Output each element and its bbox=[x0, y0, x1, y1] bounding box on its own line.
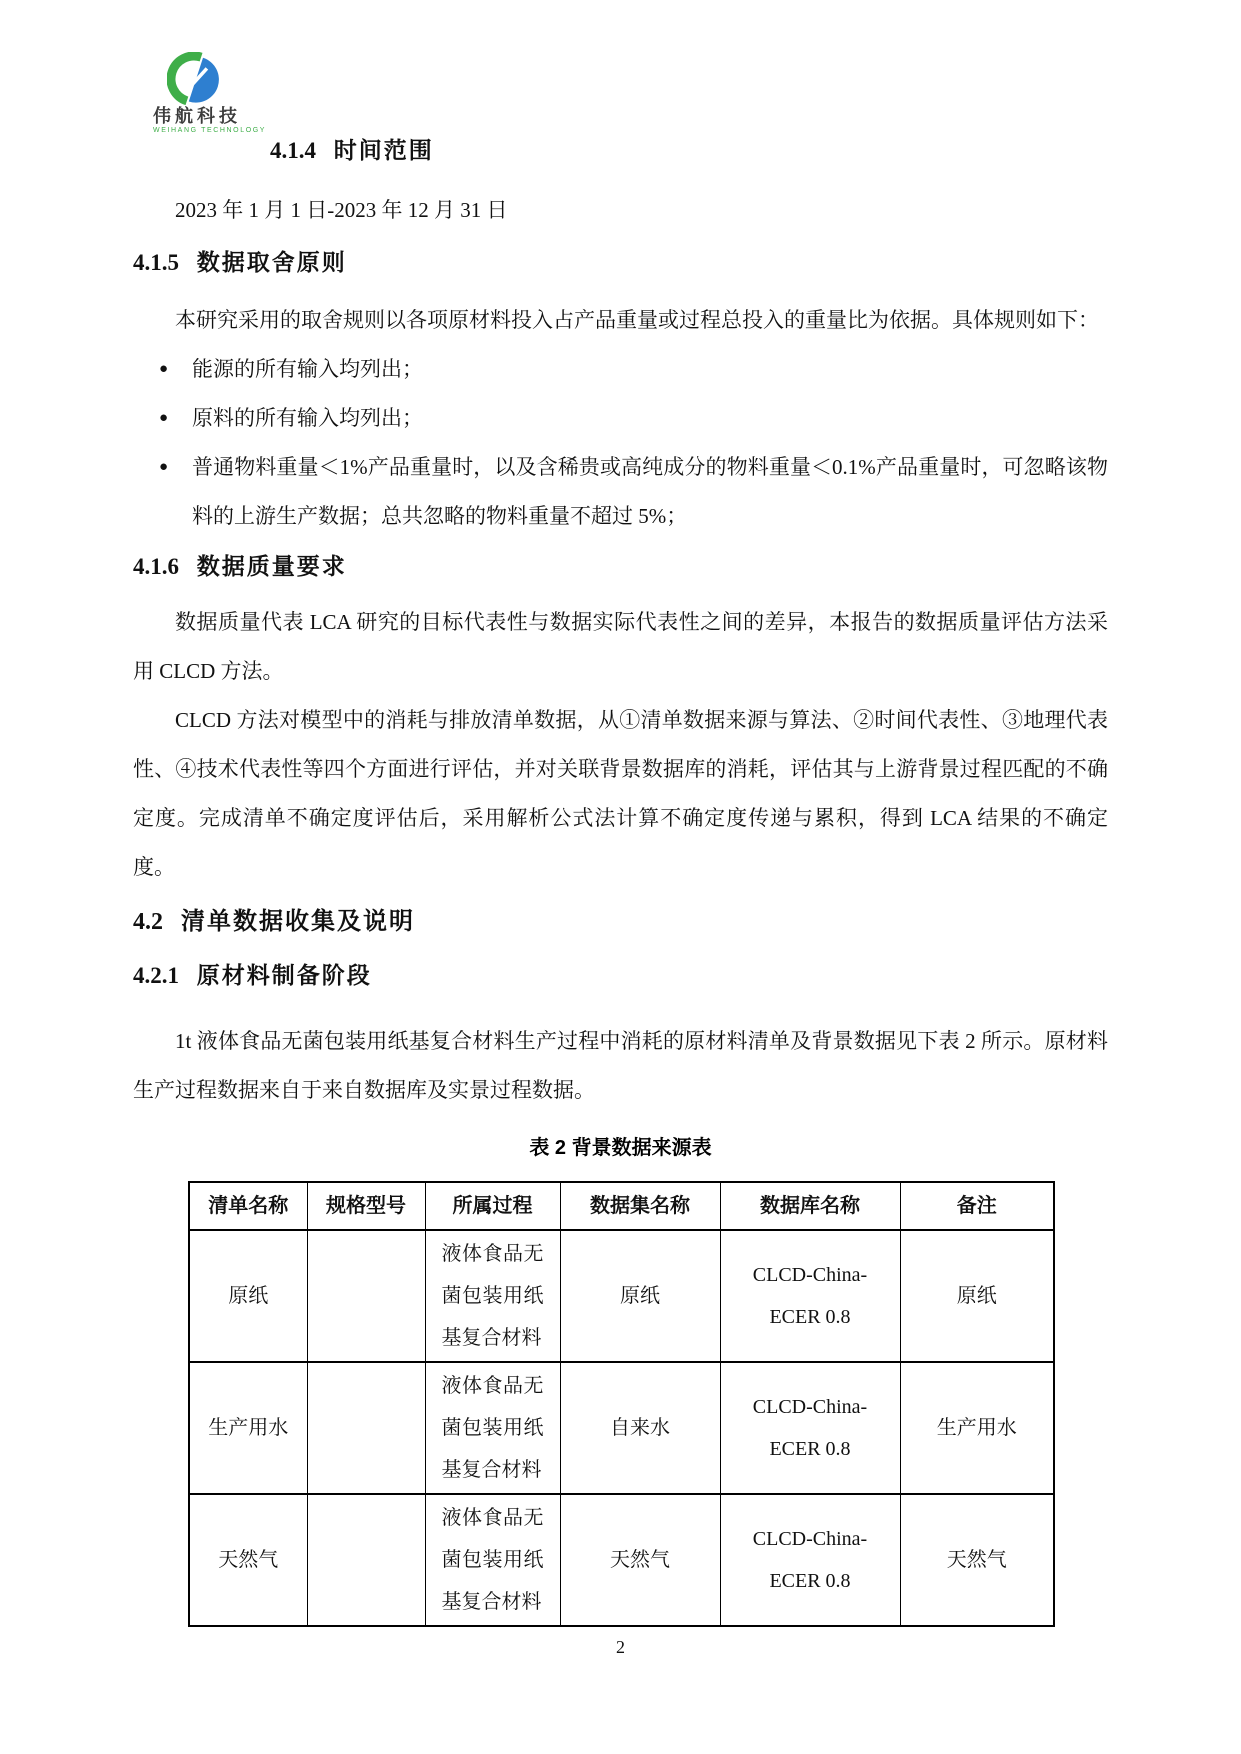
cell-spec-model bbox=[307, 1494, 425, 1626]
cell-dataset-name: 天然气 bbox=[560, 1494, 720, 1626]
cell-dataset-name: 自来水 bbox=[560, 1362, 720, 1494]
column-header: 规格型号 bbox=[307, 1182, 425, 1230]
list-item-text: 能源的所有输入均列出； bbox=[192, 357, 423, 381]
section-title: 清单数据收集及说明 bbox=[181, 908, 415, 935]
section-number: 4.1.6 bbox=[133, 554, 179, 579]
cell-inventory-name: 天然气 bbox=[189, 1494, 307, 1626]
list-item: ● 能源的所有输入均列出； bbox=[133, 345, 1108, 394]
paragraph-date-range: 2023 年 1 月 1 日-2023 年 12 月 31 日 bbox=[133, 186, 1108, 235]
table-caption: 表 2 背景数据来源表 bbox=[133, 1133, 1108, 1163]
column-header: 清单名称 bbox=[189, 1182, 307, 1230]
section-heading-4-1-5: 4.1.5 数据取舍原则 bbox=[133, 245, 1108, 280]
cell-remark: 天然气 bbox=[900, 1494, 1054, 1626]
list-item-text: 普通物料重量＜1%产品重量时，以及含稀贵或高纯成分的物料重量＜0.1%产品重量时… bbox=[192, 455, 1108, 528]
table-row: 原纸 液体食品无菌包装用纸基复合材料 原纸 CLCD-China-ECER 0.… bbox=[189, 1230, 1054, 1362]
company-logo-icon bbox=[167, 52, 221, 106]
cell-dataset-name: 原纸 bbox=[560, 1230, 720, 1362]
cell-spec-model bbox=[307, 1230, 425, 1362]
company-logo: 伟航科技 WEIHANG TECHNOLOGY bbox=[153, 52, 373, 135]
background-data-source-table: 清单名称 规格型号 所属过程 数据集名称 数据库名称 备注 原纸 液体食品无菌包… bbox=[188, 1181, 1055, 1627]
cell-spec-model bbox=[307, 1362, 425, 1494]
section-title: 时间范围 bbox=[334, 137, 434, 163]
cell-database-name: CLCD-China-ECER 0.8 bbox=[720, 1230, 900, 1362]
section-number: 4.1.5 bbox=[133, 250, 179, 275]
section-heading-4-2: 4.2 清单数据收集及说明 bbox=[133, 904, 1108, 940]
paragraph-data-quality-2: CLCD 方法对模型中的消耗与排放清单数据，从①清单数据来源与算法、②时间代表性… bbox=[133, 696, 1108, 892]
list-item: ● 原料的所有输入均列出； bbox=[133, 394, 1108, 443]
column-header: 所属过程 bbox=[425, 1182, 560, 1230]
cell-remark: 原纸 bbox=[900, 1230, 1054, 1362]
cell-process: 液体食品无菌包装用纸基复合材料 bbox=[425, 1362, 560, 1494]
section-heading-4-1-6: 4.1.6 数据质量要求 bbox=[133, 549, 1108, 584]
cell-database-name: CLCD-China-ECER 0.8 bbox=[720, 1494, 900, 1626]
paragraph-cutoff-rules: 本研究采用的取舍规则以各项原材料投入占产品重量或过程总投入的重量比为依据。具体规… bbox=[133, 296, 1108, 345]
cutoff-rule-list: ● 能源的所有输入均列出； ● 原料的所有输入均列出； ● 普通物料重量＜1%产… bbox=[133, 345, 1108, 541]
list-item-text: 原料的所有输入均列出； bbox=[192, 406, 423, 430]
section-number: 4.2.1 bbox=[133, 963, 179, 988]
section-title: 原材料制备阶段 bbox=[197, 962, 372, 988]
cell-inventory-name: 生产用水 bbox=[189, 1362, 307, 1494]
paragraph-data-quality-1: 数据质量代表 LCA 研究的目标代表性与数据实际代表性之间的差异，本报告的数据质… bbox=[133, 598, 1108, 696]
page-number: 2 bbox=[133, 1635, 1108, 1659]
section-heading-4-2-1: 4.2.1 原材料制备阶段 bbox=[133, 958, 1108, 993]
company-name: 伟航科技 bbox=[153, 106, 373, 126]
bullet-icon: ● bbox=[159, 394, 168, 443]
document-page: 伟航科技 WEIHANG TECHNOLOGY 4.1.4 时间范围 2023 … bbox=[0, 0, 1241, 1754]
list-item: ● 普通物料重量＜1%产品重量时，以及含稀贵或高纯成分的物料重量＜0.1%产品重… bbox=[133, 443, 1108, 541]
table-row: 生产用水 液体食品无菌包装用纸基复合材料 自来水 CLCD-China-ECER… bbox=[189, 1362, 1054, 1494]
cell-inventory-name: 原纸 bbox=[189, 1230, 307, 1362]
section-number: 4.1.4 bbox=[270, 138, 316, 163]
table-header-row: 清单名称 规格型号 所属过程 数据集名称 数据库名称 备注 bbox=[189, 1182, 1054, 1230]
cell-database-name: CLCD-China-ECER 0.8 bbox=[720, 1362, 900, 1494]
company-tagline: WEIHANG TECHNOLOGY bbox=[153, 126, 373, 135]
cell-process: 液体食品无菌包装用纸基复合材料 bbox=[425, 1230, 560, 1362]
bullet-icon: ● bbox=[159, 345, 168, 394]
table-row: 天然气 液体食品无菌包装用纸基复合材料 天然气 CLCD-China-ECER … bbox=[189, 1494, 1054, 1626]
section-title: 数据取舍原则 bbox=[197, 249, 347, 275]
section-number: 4.2 bbox=[133, 909, 163, 935]
column-header: 数据库名称 bbox=[720, 1182, 900, 1230]
section-title: 数据质量要求 bbox=[197, 553, 347, 579]
column-header: 备注 bbox=[900, 1182, 1054, 1230]
cell-process: 液体食品无菌包装用纸基复合材料 bbox=[425, 1494, 560, 1626]
section-heading-4-1-4: 4.1.4 时间范围 bbox=[270, 135, 1108, 166]
column-header: 数据集名称 bbox=[560, 1182, 720, 1230]
cell-remark: 生产用水 bbox=[900, 1362, 1054, 1494]
bullet-icon: ● bbox=[159, 443, 168, 492]
paragraph-raw-material: 1t 液体食品无菌包装用纸基复合材料生产过程中消耗的原材料清单及背景数据见下表 … bbox=[133, 1017, 1108, 1115]
